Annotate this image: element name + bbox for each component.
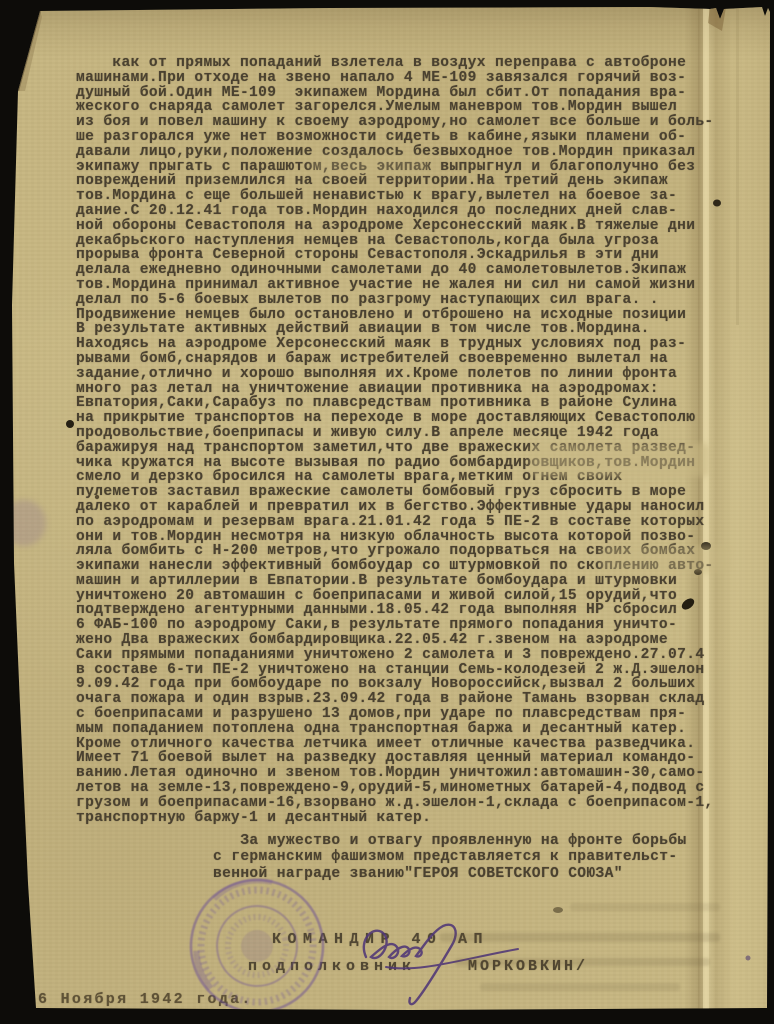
faint-stamp-remnant: [2, 500, 46, 546]
stamp-dark-arc: [212, 876, 272, 899]
fold-crease: [18, 11, 42, 91]
vertical-crease-faint: [736, 5, 739, 325]
ink-fade-patch: [310, 155, 430, 175]
ink-spot: [746, 956, 751, 961]
bleedthrough-mark: [440, 933, 720, 942]
ink-spot: [66, 420, 74, 428]
round-ink-stamp: [177, 866, 337, 1024]
bleedthrough-mark: [480, 983, 680, 991]
ink-spot: [553, 907, 563, 913]
fold-crease-line: [18, 11, 40, 91]
paper-hole: [713, 200, 721, 207]
ink-fade-patch: [600, 545, 730, 573]
bleedthrough-mark: [570, 903, 720, 911]
ink-fade-patch: [530, 443, 710, 477]
stamp-center-blob: [238, 927, 277, 966]
scanned-document-page: как от прямых попаданий взлетела в возду…: [0, 0, 774, 1024]
document-paper: как от прямых попаданий взлетела в возду…: [10, 5, 772, 1014]
bleedthrough-mark: [455, 958, 710, 966]
paper-tear-stain: [708, 7, 726, 31]
